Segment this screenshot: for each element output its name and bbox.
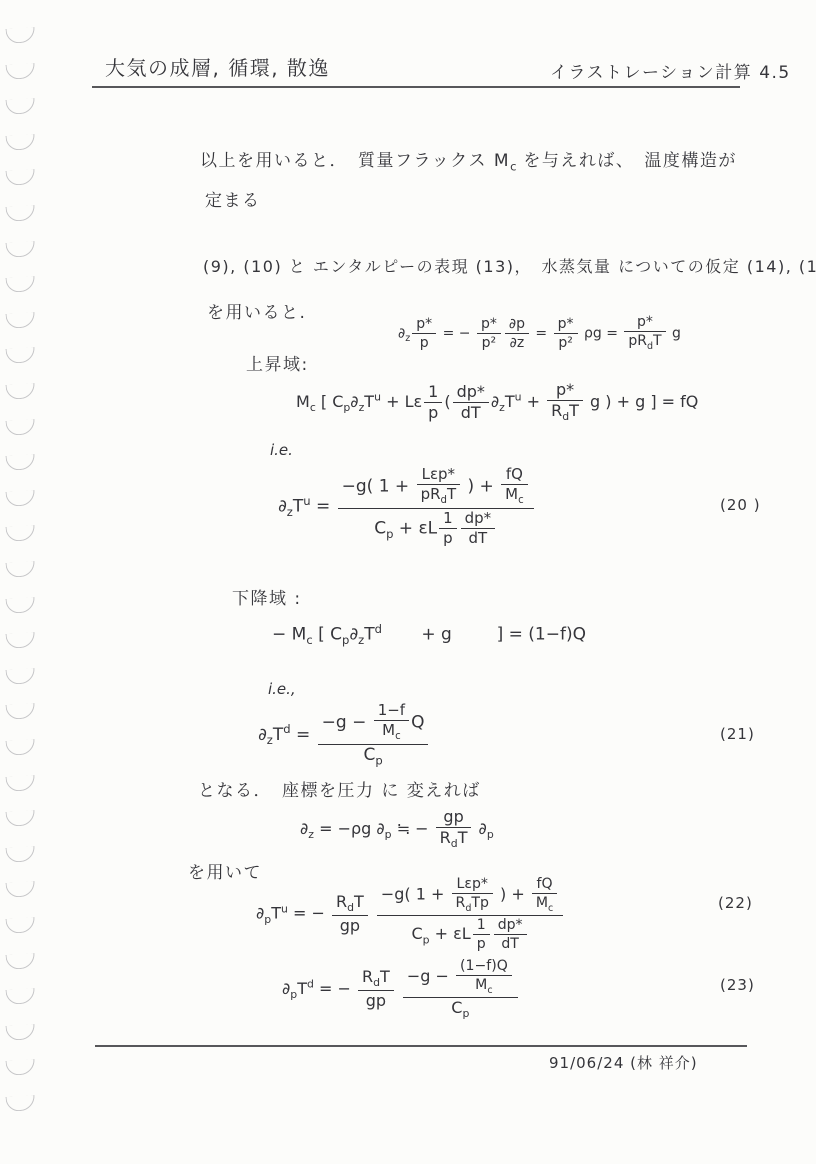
binding-hole-mark [6, 953, 36, 970]
binding-hole-mark [6, 98, 36, 115]
binding-hole-mark [6, 312, 36, 329]
binding-hole-mark [6, 1095, 36, 1112]
binding-hole-mark [6, 775, 36, 792]
header-label: イラストレーション計算 4.5 [550, 58, 791, 83]
binding-hole-mark [6, 525, 36, 542]
paragraph-2-line-1: (9), (10) と エンタルピーの表現 (13)， 水蒸気量 についての仮定… [203, 254, 816, 277]
equation-number-22: (22) [718, 894, 753, 912]
equation-hydrostatic: ∂zp*p = − p*p²∂p∂z = p*p² ρg = p*pRdT g [398, 314, 681, 353]
label-ascending-region: 上昇域: [246, 350, 309, 375]
binding-hole-mark [6, 63, 36, 80]
ie-label-1: i.e. [270, 441, 293, 459]
binding-hole-mark [6, 134, 36, 151]
binding-hole-mark [6, 276, 36, 293]
binding-hole-mark [6, 27, 36, 44]
equation-number-23: (23) [720, 976, 755, 994]
equation-down-balance: − Mc [ Cp∂zTd + g ] = (1−f)Q [272, 622, 586, 648]
scanned-notebook-page: 大気の成層, 循環, 散逸 イラストレーション計算 4.5 以上を用いると． 質… [0, 0, 816, 1164]
equation-20: ∂zTu = −g( 1 + Lεp*pRdT ) + fQMcCp + εL1… [278, 466, 536, 547]
binding-hole-mark [6, 988, 36, 1005]
binding-hole-mark [6, 632, 36, 649]
binding-hole-mark [6, 490, 36, 507]
paragraph-1-line-2: 定まる [205, 186, 261, 211]
paragraph-2-line-2: を用いると. [207, 298, 306, 323]
binding-hole-mark [6, 917, 36, 934]
binding-hole-mark [6, 1059, 36, 1076]
page-title: 大気の成層, 循環, 散逸 [105, 52, 330, 81]
binding-hole-mark [6, 703, 36, 720]
equation-23: ∂pTd = − RdTgp −g − (1−f)QMcCp [282, 958, 520, 1021]
binding-hole-mark [6, 454, 36, 471]
binding-hole-mark [6, 169, 36, 186]
using-text: を用いて [188, 858, 262, 883]
binding-hole-mark [6, 881, 36, 898]
equation-coordinate: ∂z = −ρg ∂p ≒ − gpRdT ∂p [300, 808, 494, 851]
binding-hole-mark [6, 668, 36, 685]
footer-rule [95, 1045, 747, 1047]
binding-hole-mark [6, 383, 36, 400]
date-signature: 91/06/24 (林 祥介) [549, 1052, 698, 1073]
binding-hole-mark [6, 419, 36, 436]
equation-number-21: (21) [720, 725, 755, 743]
equation-number-20: (20 ) [720, 496, 761, 514]
binding-hole-mark [6, 810, 36, 827]
header-underline [92, 86, 740, 88]
label-descending-region: 下降域 : [232, 584, 302, 609]
binding-hole-mark [6, 597, 36, 614]
equation-21: ∂zTd = −g − 1−fMcQCp [258, 702, 430, 768]
binding-hole-mark [6, 739, 36, 756]
equation-22: ∂pTu = − RdTgp −g( 1 + Lεp*RdTp ) + fQMc… [256, 876, 565, 952]
binding-hole-mark [6, 241, 36, 258]
binding-hole-mark [6, 205, 36, 222]
equation-up-balance: Mc [ Cp∂zTu + Lε1p(dp*dT∂zTu + p*RdT g )… [296, 381, 698, 424]
ie-label-2: i.e., [268, 680, 296, 698]
binding-hole-mark [6, 846, 36, 863]
binding-hole-mark [6, 561, 36, 578]
coordinate-change-text: となる． 座標を圧力 に 変えれば [198, 776, 481, 801]
binding-hole-mark [6, 1024, 36, 1041]
paragraph-1-line-1: 以上を用いると． 質量フラックス Mc を与えれば、 温度構造が [200, 146, 737, 173]
binding-hole-mark [6, 347, 36, 364]
